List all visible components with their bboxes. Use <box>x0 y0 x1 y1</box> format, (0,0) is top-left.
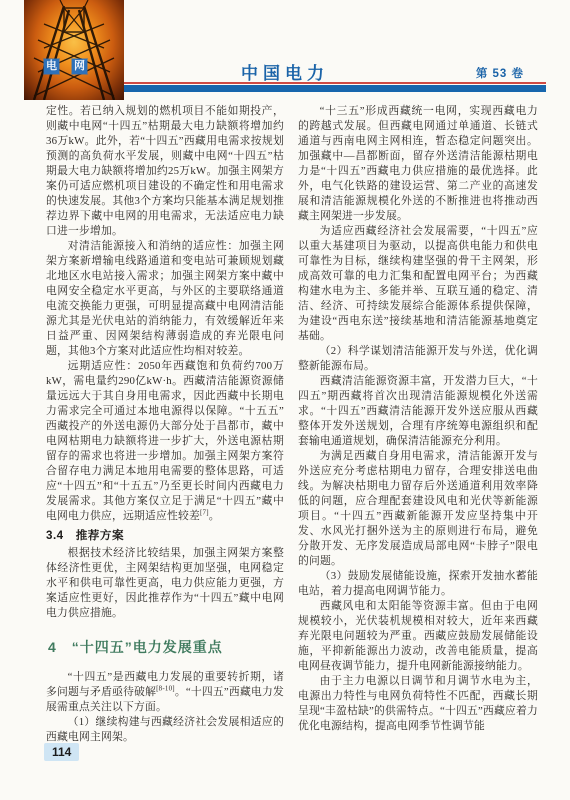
paragraph: “十三五”形成西藏统一电网，实现西藏电力的跨越式发展。但西藏电网通过单通道、长链… <box>298 104 538 224</box>
paragraph: （1）继续构建与西藏经济社会发展相适应的西藏电网主网架。 <box>46 715 284 745</box>
paragraph: 定性。若已纳入规划的燃机项目不能如期投产，则藏中电网“十四五”枯期最大电力缺额将… <box>46 104 284 239</box>
right-column: “十三五”形成西藏统一电网，实现西藏电力的跨越式发展。但西藏电网通过单通道、长链… <box>298 104 538 734</box>
paragraph: 由于主力电源以日调节和月调节水电为主，电源出力特性与电网负荷特性不匹配，西藏长期… <box>298 674 538 734</box>
sub-section-heading: 3.4 推荐方案 <box>46 527 284 544</box>
paragraph: 西藏风电和太阳能等资源丰富。但由于电网规模较小，光伏装机规模相对较大，近年来西藏… <box>298 599 538 674</box>
paragraph: 远期适应性：2050年西藏饱和负荷约700万kW，需电量约290亿kW·h。西藏… <box>46 359 284 524</box>
logo-char: 网 <box>72 59 87 74</box>
paragraph: 根据技术经济比较结果，加强主网架方案整体经济性更优，主网架结构更加坚强，电网稳定… <box>46 546 284 621</box>
page-number: 114 <box>44 743 79 761</box>
paragraph: 为适应西藏经济社会发展需要，“十四五”应以重大基建项目为驱动，以提高供电能力和供… <box>298 224 538 344</box>
section-heading: 4 “十四五”电力发展重点 <box>48 638 284 657</box>
volume-label: 第 53 卷 <box>476 65 524 81</box>
left-column: 定性。若已纳入规划的燃机项目不能如期投产，则藏中电网“十四五”枯期最大电力缺额将… <box>46 104 284 745</box>
paragraph: （3）鼓励发展储能设施，探索开发抽水蓄能电站，着力提高电网调节能力。 <box>298 569 538 599</box>
transmission-tower-icon <box>24 0 124 100</box>
paragraph: “十四五”是西藏电力发展的重要转折期，诸多问题与矛盾亟待破解[8-10]。“十四… <box>46 670 284 715</box>
paragraph: 为满足西藏自身用电需求，清洁能源开发与外送应充分考虑枯期电力留存，合理安排送电曲… <box>298 449 538 569</box>
logo-char: 电 <box>44 59 59 74</box>
paragraph: 对清洁能源接入和消纳的适应性：加强主网架方案新增输电线路通道和变电站可兼顾规划藏… <box>46 239 284 359</box>
paragraph: 西藏清洁能源资源丰富，开发潜力巨大，“十四五”期西藏将首次出现清洁能源规模化外送… <box>298 374 538 449</box>
journal-page: 电 网 中国电力 第 53 卷 定性。若已纳入规划的燃机项目不能如期投产，则藏中… <box>0 0 570 800</box>
masthead-photo: 电 网 <box>24 0 124 100</box>
paragraph: （2）科学谋划清洁能源开发与外送，优化调整新能源布局。 <box>298 344 538 374</box>
